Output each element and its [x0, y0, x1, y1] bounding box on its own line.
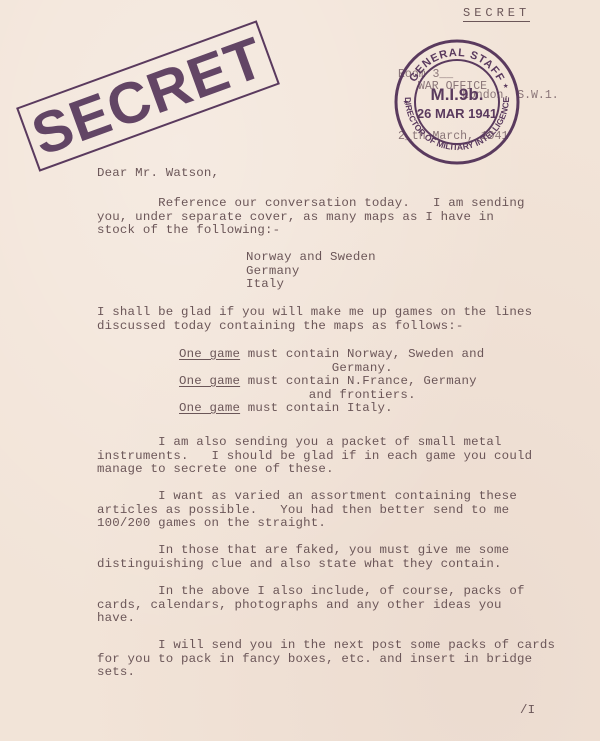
- game-text: must contain Norway, Sweden and: [240, 347, 484, 361]
- svg-text:26 MAR 1941: 26 MAR 1941: [417, 106, 497, 121]
- paragraph-include: In the above I also include, of course, …: [97, 585, 525, 626]
- paragraph-assortment: I want as varied an assortment containin…: [97, 490, 517, 531]
- svg-text:M.I.9b.: M.I.9b.: [431, 85, 484, 104]
- classification-header: SECRET: [463, 6, 530, 22]
- text-line: Norway and Sweden: [246, 251, 376, 265]
- text-line: distinguishing clue and also state what …: [97, 558, 509, 572]
- general-staff-stamp: GENERAL STAFF DIRECTOR OF MILITARY INTEL…: [393, 38, 521, 166]
- paragraph-games-request: I shall be glad if you will make me up g…: [97, 306, 532, 333]
- text-line: stock of the following:-: [97, 224, 525, 238]
- text-line: I am also sending you a packet of small …: [97, 436, 532, 450]
- game-list: One game must contain Norway, Sweden and…: [179, 348, 484, 416]
- secret-stamp: SECRET: [16, 20, 280, 171]
- text-line: 100/200 games on the straight.: [97, 517, 517, 531]
- text-line: articles as possible. You had then bette…: [97, 504, 517, 518]
- game-text-continued: and frontiers.: [179, 389, 484, 403]
- paragraph-faked: In those that are faked, you must give m…: [97, 544, 509, 571]
- text-line: Italy: [246, 278, 376, 292]
- text-line: cards, calendars, photographs and any ot…: [97, 599, 525, 613]
- game-item: One game must contain N.France, Germany: [179, 375, 484, 389]
- text-line: Reference our conversation today. I am s…: [97, 197, 525, 211]
- letter-page: SECRET SECRET Room 3__ WAR OFFICE London…: [0, 0, 600, 741]
- game-label: One game: [179, 374, 240, 388]
- svg-text:★: ★: [503, 81, 509, 91]
- text-line: In those that are faked, you must give m…: [97, 544, 509, 558]
- game-text: must contain N.France, Germany: [240, 374, 477, 388]
- svg-text:DIRECTOR OF MILITARY INTELLIGE: DIRECTOR OF MILITARY INTELLIGENCE: [403, 96, 511, 152]
- text-line: I want as varied an assortment containin…: [97, 490, 517, 504]
- text-line: I shall be glad if you will make me up g…: [97, 306, 532, 320]
- game-text-continued: Germany.: [179, 362, 484, 376]
- continuation-mark: /I: [520, 704, 535, 718]
- game-text: must contain Italy.: [240, 401, 393, 415]
- map-list: Norway and SwedenGermanyItaly: [246, 251, 376, 292]
- game-item: One game must contain Italy.: [179, 402, 484, 416]
- text-line: instruments. I should be glad if in each…: [97, 450, 532, 464]
- text-line: In the above I also include, of course, …: [97, 585, 525, 599]
- text-line: you, under separate cover, as many maps …: [97, 211, 525, 225]
- game-label: One game: [179, 401, 240, 415]
- svg-text:★: ★: [403, 97, 409, 107]
- text-line: Germany: [246, 265, 376, 279]
- text-line: have.: [97, 612, 525, 626]
- salutation: Dear Mr. Watson,: [97, 167, 219, 181]
- text-line: sets.: [97, 666, 555, 680]
- game-item: One game must contain Norway, Sweden and: [179, 348, 484, 362]
- game-label: One game: [179, 347, 240, 361]
- paragraph-reference: Reference our conversation today. I am s…: [97, 197, 525, 238]
- text-line: discussed today containing the maps as f…: [97, 320, 532, 334]
- text-line: for you to pack in fancy boxes, etc. and…: [97, 653, 555, 667]
- secret-stamp-label: SECRET: [23, 23, 273, 168]
- paragraph-cards: I will send you in the next post some pa…: [97, 639, 555, 680]
- paragraph-instruments: I am also sending you a packet of small …: [97, 436, 532, 477]
- text-line: I will send you in the next post some pa…: [97, 639, 555, 653]
- text-line: manage to secrete one of these.: [97, 463, 532, 477]
